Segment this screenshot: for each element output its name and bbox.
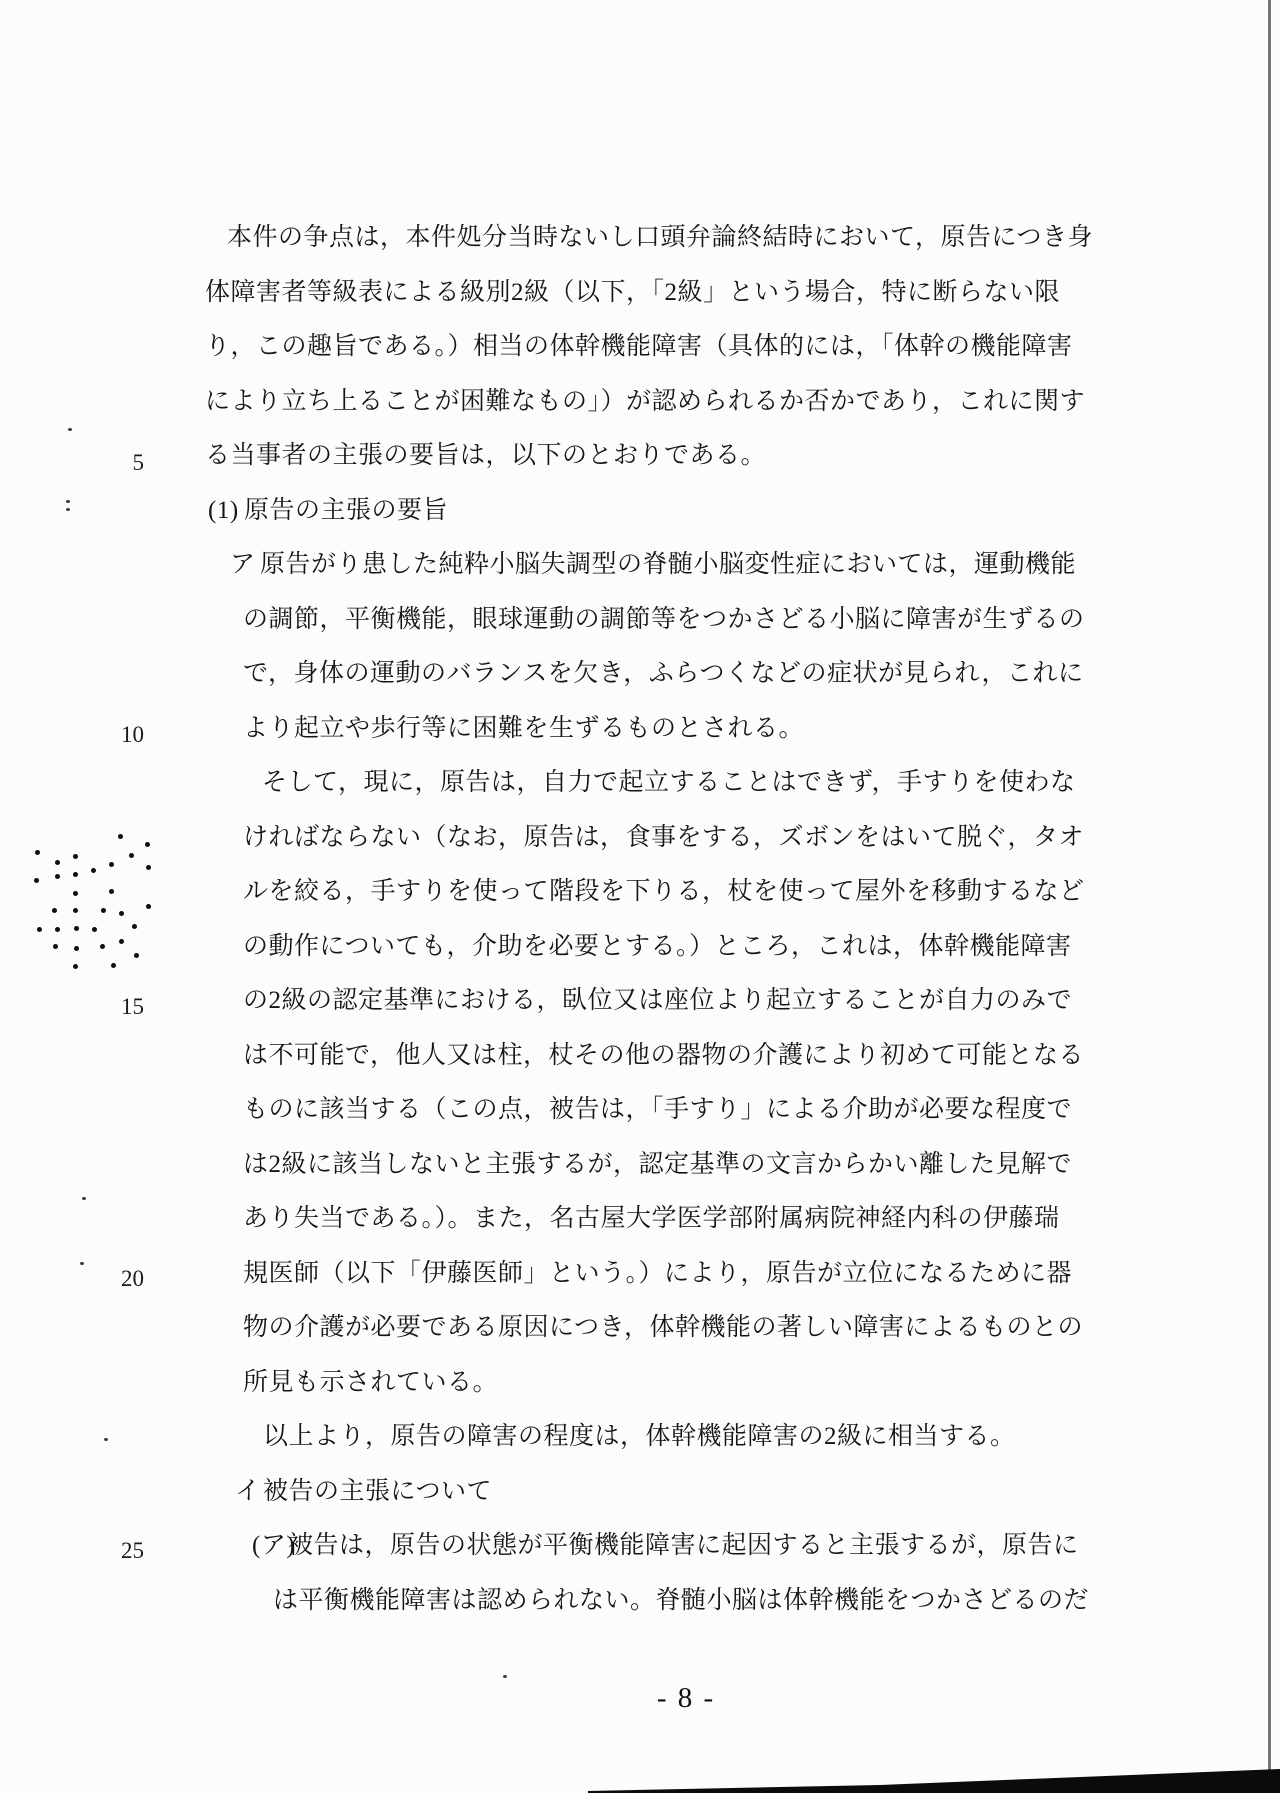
scan-bottom-bar — [0, 0, 1280, 1793]
scanned-page: 510152025 本件の争点は，本件処分当時ないし口頭弁論終結時において，原告… — [0, 0, 1280, 1793]
